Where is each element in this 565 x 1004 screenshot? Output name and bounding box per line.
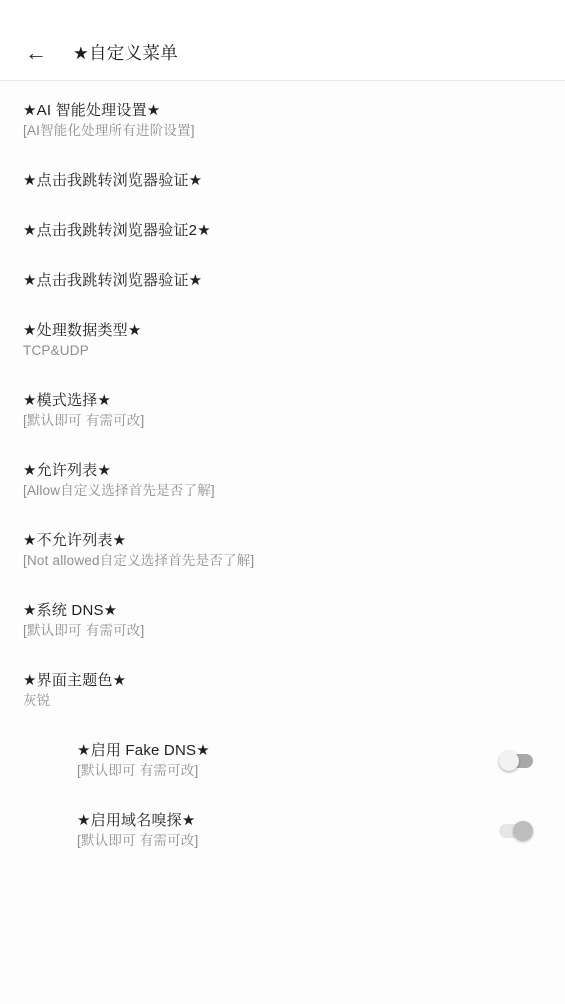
menu-item[interactable]: ★AI 智能处理设置★ [AI智能化处理所有进阶设置] <box>0 101 565 141</box>
menu-item-text: ★处理数据类型★ TCP&UDP <box>23 321 142 361</box>
back-arrow-icon[interactable]: ← <box>25 42 47 64</box>
menu-item-subtitle: 灰锐 <box>23 691 126 711</box>
menu-item-subtitle: [默认即可 有需可改] <box>23 411 144 431</box>
menu-item-text: ★点击我跳转浏览器验证2★ <box>23 221 211 241</box>
menu-item[interactable]: ★启用域名嗅探★ [默认即可 有需可改] <box>0 811 565 851</box>
menu-item-title: ★点击我跳转浏览器验证★ <box>23 171 202 191</box>
switch-thumb <box>513 821 533 841</box>
menu-item-text: ★启用域名嗅探★ [默认即可 有需可改] <box>77 811 198 851</box>
menu-list: ★AI 智能处理设置★ [AI智能化处理所有进阶设置] ★点击我跳转浏览器验证★… <box>0 81 565 1004</box>
menu-item-title: ★启用 Fake DNS★ <box>77 741 210 761</box>
switch-thumb <box>499 751 519 771</box>
menu-item[interactable]: ★点击我跳转浏览器验证★ <box>0 171 565 191</box>
menu-item-title: ★点击我跳转浏览器验证★ <box>23 271 202 291</box>
menu-item[interactable]: ★模式选择★ [默认即可 有需可改] <box>0 391 565 431</box>
menu-item-subtitle: [默认即可 有需可改] <box>77 761 210 781</box>
menu-item-title: ★AI 智能处理设置★ <box>23 101 195 121</box>
menu-item-subtitle: [默认即可 有需可改] <box>23 621 144 641</box>
menu-item-subtitle: [AI智能化处理所有进阶设置] <box>23 121 195 141</box>
menu-item[interactable]: ★处理数据类型★ TCP&UDP <box>0 321 565 361</box>
menu-item-title: ★允许列表★ <box>23 461 215 481</box>
menu-item-title: ★点击我跳转浏览器验证2★ <box>23 221 211 241</box>
menu-item-text: ★AI 智能处理设置★ [AI智能化处理所有进阶设置] <box>23 101 195 141</box>
menu-item-text: ★点击我跳转浏览器验证★ <box>23 171 202 191</box>
menu-item[interactable]: ★允许列表★ [Allow自定义选择首先是否了解] <box>0 461 565 501</box>
app-bar: ← ★自定义菜单 <box>0 0 565 81</box>
menu-item[interactable]: ★点击我跳转浏览器验证★ <box>0 271 565 291</box>
menu-item-text: ★启用 Fake DNS★ [默认即可 有需可改] <box>77 741 210 781</box>
menu-item-title: ★不允许列表★ <box>23 531 254 551</box>
menu-item[interactable]: ★点击我跳转浏览器验证2★ <box>0 221 565 241</box>
menu-item[interactable]: ★启用 Fake DNS★ [默认即可 有需可改] <box>0 741 565 781</box>
menu-item-text: ★界面主题色★ 灰锐 <box>23 671 126 711</box>
menu-item-subtitle: TCP&UDP <box>23 341 142 361</box>
menu-item-subtitle: [默认即可 有需可改] <box>77 831 198 851</box>
menu-item-title: ★启用域名嗅探★ <box>77 811 198 831</box>
menu-item-title: ★处理数据类型★ <box>23 321 142 341</box>
menu-item[interactable]: ★系统 DNS★ [默认即可 有需可改] <box>0 601 565 641</box>
menu-item-title: ★系统 DNS★ <box>23 601 144 621</box>
toggle-switch[interactable] <box>499 821 533 841</box>
menu-item-text: ★系统 DNS★ [默认即可 有需可改] <box>23 601 144 641</box>
toggle-switch[interactable] <box>499 751 533 771</box>
page-title: ★自定义菜单 <box>73 42 178 64</box>
menu-item-title: ★界面主题色★ <box>23 671 126 691</box>
menu-item[interactable]: ★不允许列表★ [Not allowed自定义选择首先是否了解] <box>0 531 565 571</box>
menu-item-text: ★模式选择★ [默认即可 有需可改] <box>23 391 144 431</box>
menu-item-text: ★点击我跳转浏览器验证★ <box>23 271 202 291</box>
menu-item-text: ★不允许列表★ [Not allowed自定义选择首先是否了解] <box>23 531 254 571</box>
menu-item-text: ★允许列表★ [Allow自定义选择首先是否了解] <box>23 461 215 501</box>
menu-item-title: ★模式选择★ <box>23 391 144 411</box>
menu-item-subtitle: [Not allowed自定义选择首先是否了解] <box>23 551 254 571</box>
menu-item-subtitle: [Allow自定义选择首先是否了解] <box>23 481 215 501</box>
menu-item[interactable]: ★界面主题色★ 灰锐 <box>0 671 565 711</box>
